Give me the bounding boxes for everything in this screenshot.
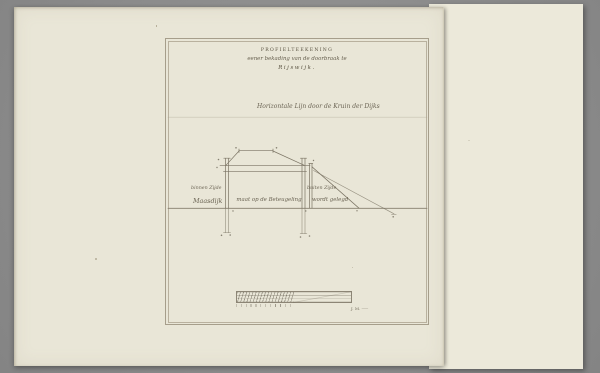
foxing-speck xyxy=(95,258,97,260)
title-line-2: eener bekading van de doorbraak te xyxy=(165,57,429,62)
label-inner-side: binnen Zijde xyxy=(191,187,222,192)
label-outer-side: buiten Zijde xyxy=(307,187,336,192)
title-block: PROFIELTEEKENING eener bekading van de d… xyxy=(165,49,429,71)
plate-border-frame xyxy=(165,38,429,325)
title-line-1: PROFIELTEEKENING xyxy=(165,49,429,54)
scale-bar xyxy=(236,291,352,303)
label-center: maat op de Beteugeling xyxy=(233,198,305,203)
scale-bar-hatching xyxy=(237,292,294,302)
label-right-bottom: wordt gelegd xyxy=(312,198,348,203)
title-line-3: Rijswijk. xyxy=(165,66,429,71)
label-maasdijk: Maasdijk xyxy=(193,198,222,204)
scale-bar-ticks xyxy=(236,304,295,307)
crest-reference-line-label: Horizontale Lijn door de Kruin der Dijks xyxy=(257,103,380,110)
maker-inscription: J. M. ⸺ xyxy=(351,306,368,312)
photograph-of-print: PROFIELTEEKENING eener bekading van de d… xyxy=(0,0,600,373)
backing-sheet xyxy=(429,4,583,369)
plate-border-inner-line xyxy=(168,41,427,323)
